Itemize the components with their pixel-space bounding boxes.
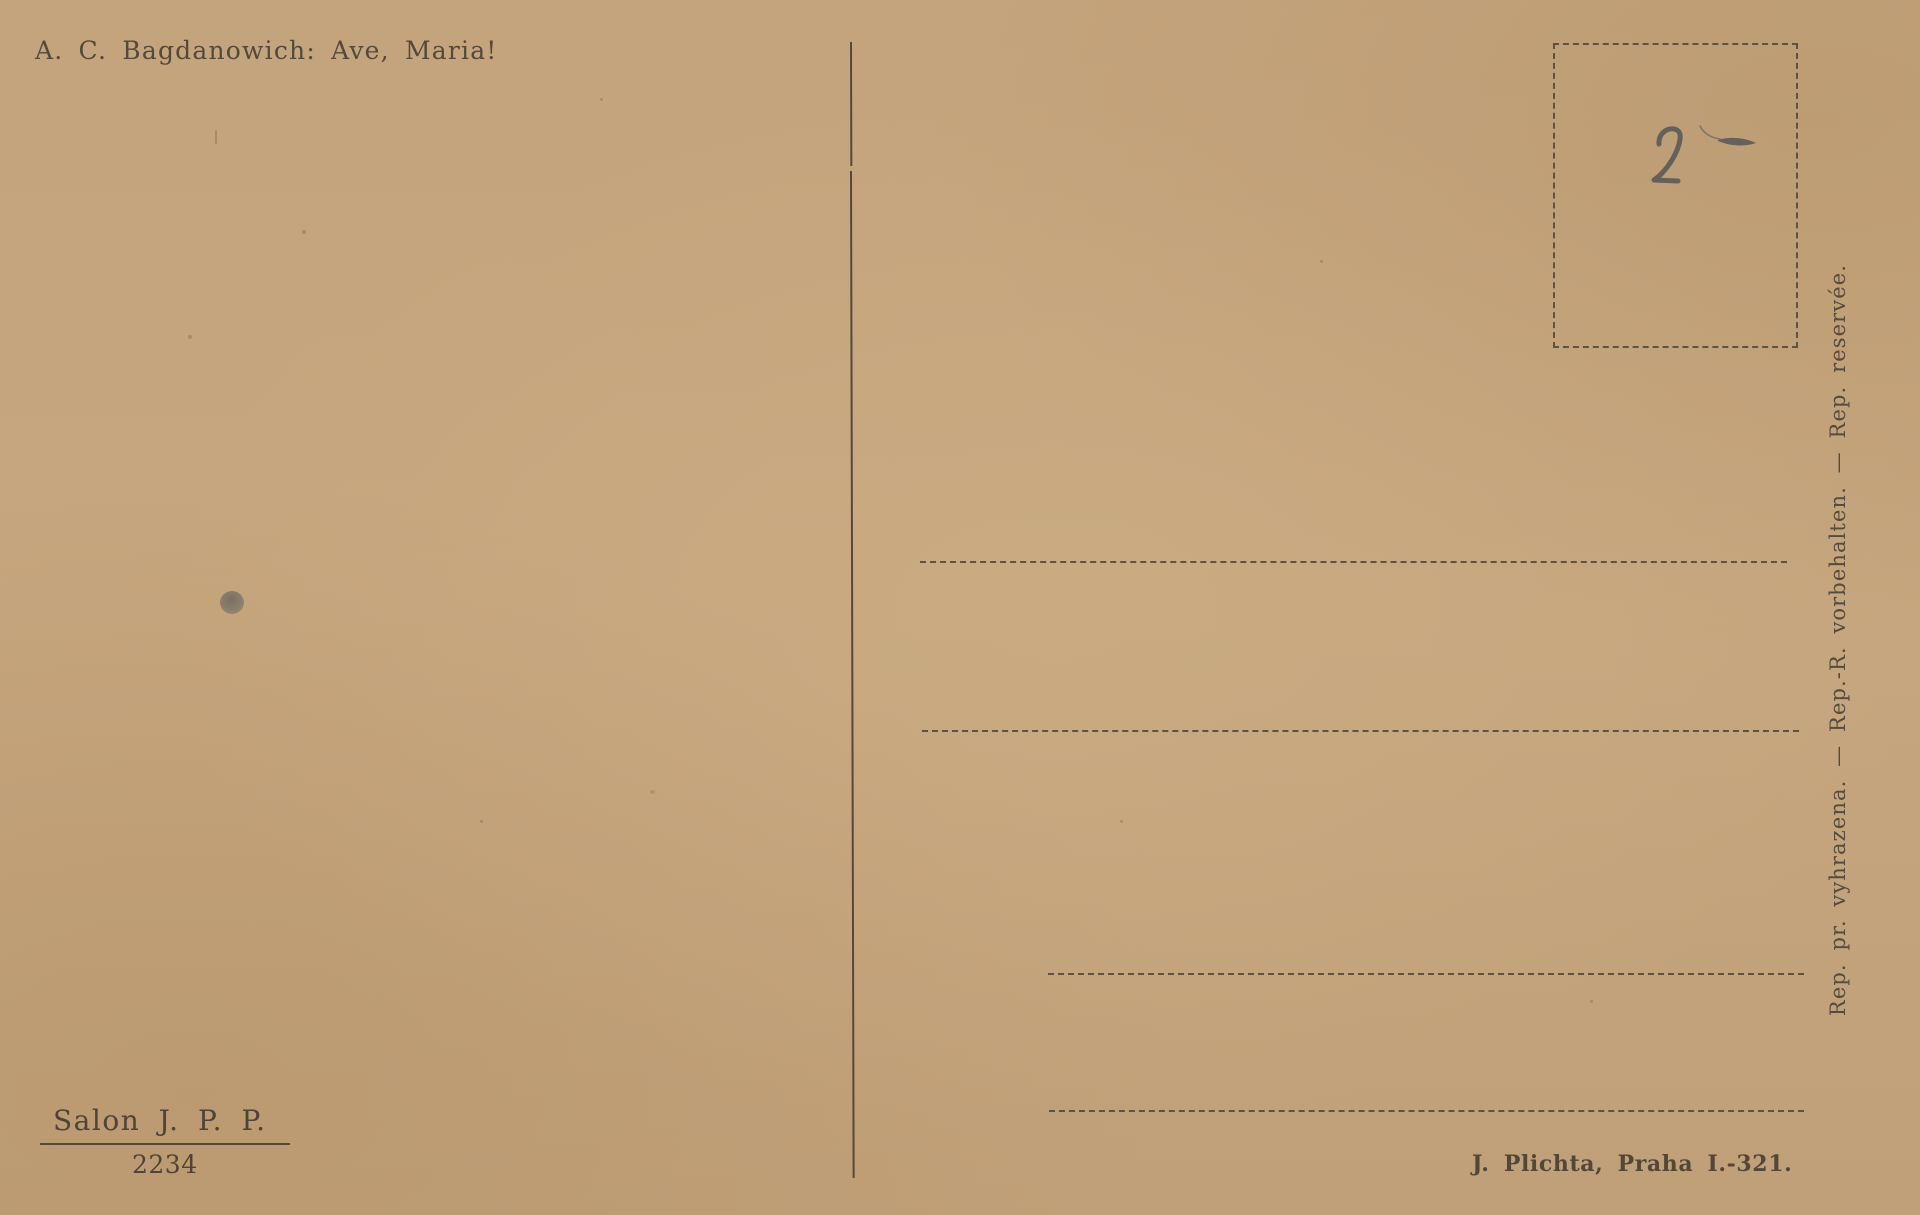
publisher-imprint: J. Plichta, Praha I.-321. [1472, 1151, 1792, 1177]
address-line-1 [920, 561, 1787, 563]
paper-fleck [188, 335, 192, 339]
paper-fleck [1120, 820, 1123, 823]
rights-reserved-notice: Rep. pr. vyhrazena. — Rep.-R. vorbehalte… [1826, 264, 1850, 1016]
address-line-4 [1049, 1110, 1804, 1112]
paper-fleck [480, 820, 483, 823]
paper-fleck [1320, 260, 1323, 263]
paper-fleck [302, 230, 306, 234]
handwritten-price-note [1640, 108, 1770, 198]
address-line-2 [922, 730, 1799, 732]
paper-fleck [1590, 1000, 1593, 1003]
postcard-back: A. C. Bagdanowich: Ave, Maria! Rep. pr. … [0, 0, 1920, 1215]
catalog-number: 2234 [132, 1150, 198, 1179]
publisher-series: Salon J. P. P. [53, 1104, 267, 1137]
ink-spot [220, 591, 244, 614]
address-line-3 [1048, 973, 1804, 975]
artwork-title: A. C. Bagdanowich: Ave, Maria! [35, 36, 498, 65]
series-rule [40, 1143, 290, 1145]
paper-fleck [600, 98, 603, 101]
center-divider-line [850, 171, 855, 1178]
paper-fleck [650, 790, 655, 794]
center-divider-line [850, 42, 852, 166]
paper-fleck [215, 130, 217, 144]
